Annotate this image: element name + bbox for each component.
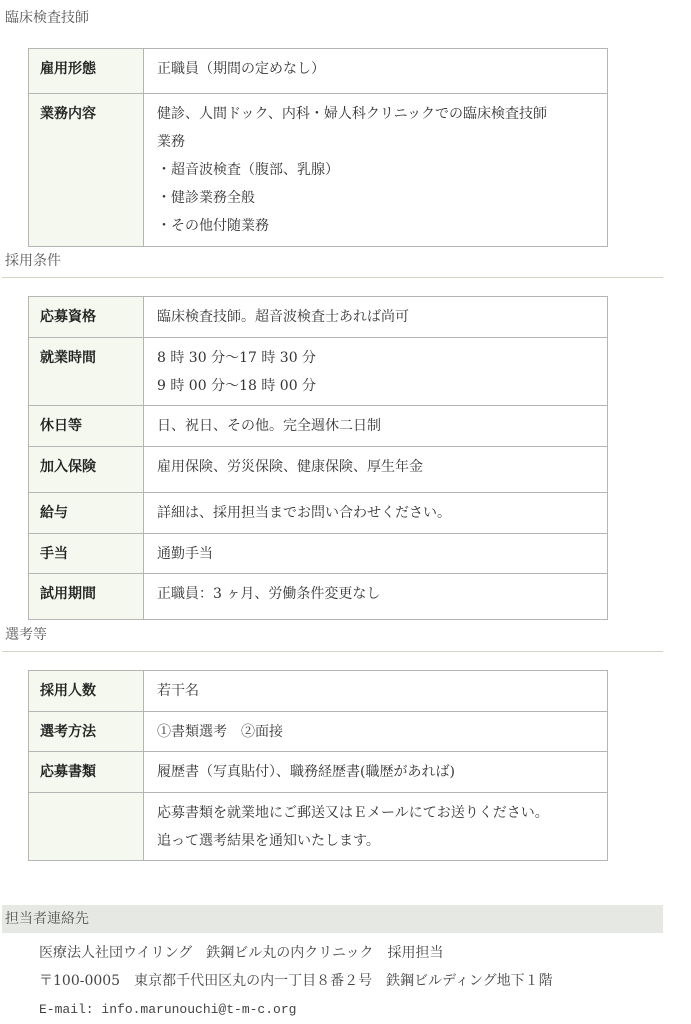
row-value: 正職員（期間の定めなし） bbox=[144, 49, 608, 94]
section-divider bbox=[2, 651, 663, 652]
table-row: 応募書類 履歴書（写真貼付）、職務経歴書(職歴があれば) bbox=[29, 752, 608, 793]
row-value: 詳細は、採用担当までお問い合わせください。 bbox=[144, 493, 608, 534]
contact-title: 担当者連絡先 bbox=[5, 910, 89, 928]
selection-table: 採用人数 若干名 選考方法 ①書類選考 ②面接 応募書類 履歴書（写真貼付）、職… bbox=[28, 670, 608, 861]
table-row: 手当 通勤手当 bbox=[29, 534, 608, 574]
row-label: 業務内容 bbox=[29, 94, 144, 247]
contact-organization: 医療法人社団ウイリング 鉄鋼ビル丸の内クリニック 採用担当 bbox=[39, 944, 443, 962]
row-value: 応募書類を就業地にご郵送又はＥメールにてお送りください。 追って選考結果を通知い… bbox=[144, 793, 608, 861]
conditions-table: 応募資格 臨床検査技師。超音波検査士あれば尚可 就業時間 8 時 30 分〜17… bbox=[28, 296, 608, 620]
job-title: 臨床検査技師 bbox=[5, 9, 89, 27]
row-label: 給与 bbox=[29, 493, 144, 534]
table-row: 加入保険 雇用保険、労災保険、健康保険、厚生年金 bbox=[29, 447, 608, 493]
row-label: 雇用形態 bbox=[29, 49, 144, 94]
row-value: 日、祝日、その他。完全週休二日制 bbox=[144, 406, 608, 447]
row-label: 採用人数 bbox=[29, 671, 144, 712]
section-title-conditions: 採用条件 bbox=[5, 252, 61, 270]
row-label: 応募書類 bbox=[29, 752, 144, 793]
table-row: 試用期間 正職員：3 ヶ月、労働条件変更なし bbox=[29, 574, 608, 620]
table-row: 応募資格 臨床検査技師。超音波検査士あれば尚可 bbox=[29, 297, 608, 338]
contact-email[interactable]: E-mail: info.marunouchi@t-m-c.org bbox=[39, 1001, 296, 1019]
row-value: 履歴書（写真貼付）、職務経歴書(職歴があれば) bbox=[144, 752, 608, 793]
table-row: 給与 詳細は、採用担当までお問い合わせください。 bbox=[29, 493, 608, 534]
row-value: 8 時 30 分〜17 時 30 分 9 時 00 分〜18 時 00 分 bbox=[144, 338, 608, 406]
contact-address: 〒100-0005 東京都千代田区丸の内一丁目８番２号 鉄鋼ビルディング地下１階 bbox=[39, 972, 553, 990]
row-label: 就業時間 bbox=[29, 338, 144, 406]
table-row: 休日等 日、祝日、その他。完全週休二日制 bbox=[29, 406, 608, 447]
table-row: 就業時間 8 時 30 分〜17 時 30 分 9 時 00 分〜18 時 00… bbox=[29, 338, 608, 406]
section-title-selection: 選考等 bbox=[5, 626, 47, 644]
row-label: 加入保険 bbox=[29, 447, 144, 493]
section-divider bbox=[2, 277, 663, 278]
row-value: 雇用保険、労災保険、健康保険、厚生年金 bbox=[144, 447, 608, 493]
row-label: 選考方法 bbox=[29, 712, 144, 752]
row-value: 正職員：3 ヶ月、労働条件変更なし bbox=[144, 574, 608, 620]
row-label: 手当 bbox=[29, 534, 144, 574]
table-row: 選考方法 ①書類選考 ②面接 bbox=[29, 712, 608, 752]
row-label bbox=[29, 793, 144, 861]
row-value: 若干名 bbox=[144, 671, 608, 712]
job-details-table: 雇用形態 正職員（期間の定めなし） 業務内容 健診、人間ドック、内科・婦人科クリ… bbox=[28, 48, 608, 247]
row-label: 休日等 bbox=[29, 406, 144, 447]
row-value: 臨床検査技師。超音波検査士あれば尚可 bbox=[144, 297, 608, 338]
contact-section-header: 担当者連絡先 bbox=[2, 905, 663, 933]
row-value: 健診、人間ドック、内科・婦人科クリニックでの臨床検査技師 業務 ・超音波検査（腹… bbox=[144, 94, 608, 247]
row-label: 応募資格 bbox=[29, 297, 144, 338]
row-value: 通勤手当 bbox=[144, 534, 608, 574]
table-row: 業務内容 健診、人間ドック、内科・婦人科クリニックでの臨床検査技師 業務 ・超音… bbox=[29, 94, 608, 247]
row-value: ①書類選考 ②面接 bbox=[144, 712, 608, 752]
table-row: 応募書類を就業地にご郵送又はＥメールにてお送りください。 追って選考結果を通知い… bbox=[29, 793, 608, 861]
table-row: 雇用形態 正職員（期間の定めなし） bbox=[29, 49, 608, 94]
table-row: 採用人数 若干名 bbox=[29, 671, 608, 712]
row-label: 試用期間 bbox=[29, 574, 144, 620]
